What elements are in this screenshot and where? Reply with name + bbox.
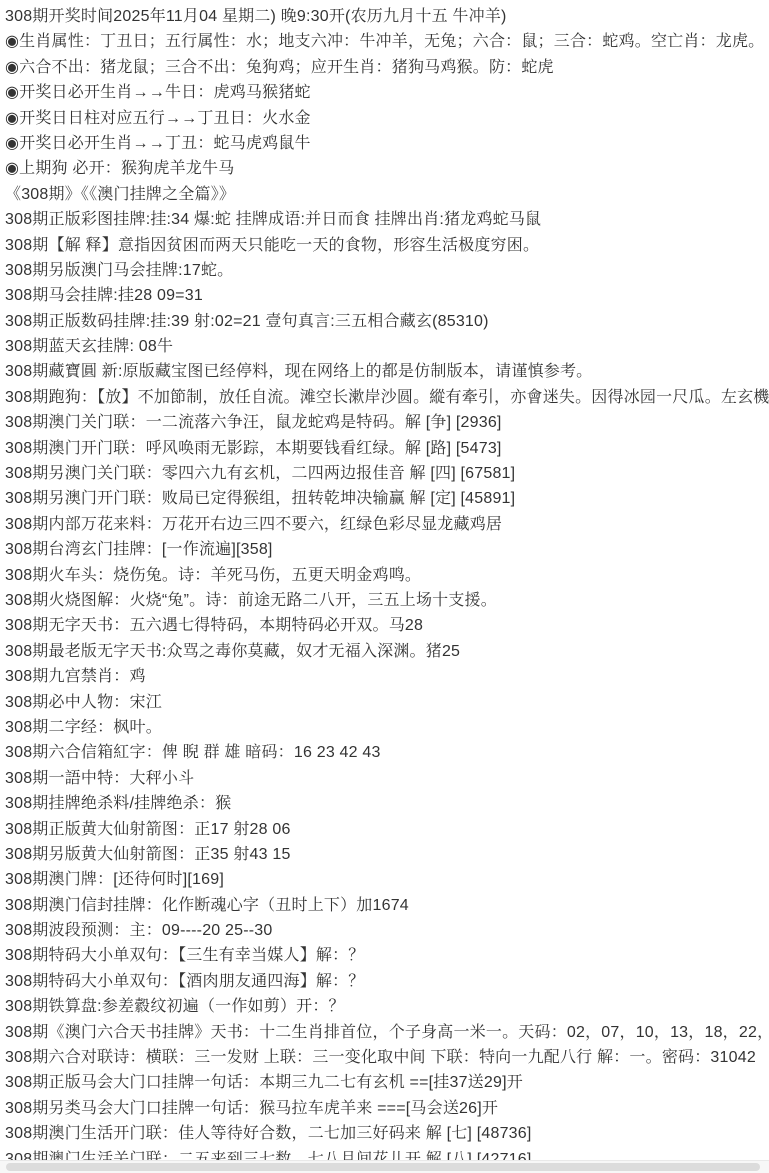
text-line: ◉上期狗 必开：猴狗虎羊龙牛马: [5, 156, 769, 181]
text-line: 308期澳门牌：[还待何时][169]: [5, 867, 769, 892]
text-line: 308期澳门关门联：一二流落六争汪，鼠龙蛇鸡是特码。解 [争] [2936]: [5, 410, 769, 435]
lottery-text-page: 308期开奖时间2025年11月04 星期二) 晚9:30开(农历九月十五 牛冲…: [0, 0, 769, 1172]
text-line: 308期挂牌绝杀料/挂牌绝杀：猴: [5, 791, 769, 816]
text-line: 308期另澳门关门联：零四六九有玄机，二四两边报佳音 解 [四] [67581]: [5, 461, 769, 486]
horizontal-scrollbar[interactable]: [0, 1160, 769, 1173]
text-line: 308期《澳门六合天书挂牌》天书：十二生肖排首位，个子身高一米一。天码：02，0…: [5, 1020, 769, 1045]
text-line: 308期马会挂牌:挂28 09=31: [5, 283, 769, 308]
text-line: ◉开奖日日柱对应五行→→丁丑日：火水金: [5, 106, 769, 131]
text-line: 308期最老版无字天书:众骂之毒你莫藏，奴才无福入深渊。猪25: [5, 639, 769, 664]
text-line: 308期澳门生活开门联：佳人等待好合数，二七加三好码来 解 [七] [48736…: [5, 1121, 769, 1146]
text-line: 308期六合对联诗：横联：三一发财 上联：三一变化取中间 下联：特向一九配八行 …: [5, 1045, 769, 1070]
text-line: 308期【解 释】意指因贫困而两天只能吃一天的食物，形容生活极度穷困。: [5, 233, 769, 258]
text-line: 308期台湾玄门挂牌：[一作流遍][358]: [5, 537, 769, 562]
text-line: 308期九宫禁肖：鸡: [5, 664, 769, 689]
text-line: 308期藏寶圓 新:原版藏宝图已经停料，现在网络上的都是仿制版本，请谨慎参考。: [5, 359, 769, 384]
text-line: 308期另版澳门马会挂牌:17蛇。: [5, 258, 769, 283]
text-line: 308期跑狗：【放】不加節制，放任自流。滩空长漱岸沙圆。縱有牽引，亦會迷失。因得…: [5, 385, 769, 410]
text-line: 308期蓝天玄挂牌: 08牛: [5, 334, 769, 359]
text-line: 308期二字经：枫叶。: [5, 715, 769, 740]
text-line: 308期特码大小单双句：【酒肉朋友通四海】解：？: [5, 969, 769, 994]
text-line: ◉六合不出：猪龙鼠；三合不出：兔狗鸡；应开生肖：猪狗马鸡猴。防：蛇虎: [5, 55, 769, 80]
text-line: ◉开奖日必开生肖→→牛日：虎鸡马猴猪蛇: [5, 80, 769, 105]
text-line: 308期内部万花来料：万花开右边三四不要六，红绿色彩尽显龙藏鸡居: [5, 512, 769, 537]
text-line: 308期正版黄大仙射箭图：正17 射28 06: [5, 817, 769, 842]
text-line: 308期火烧图解：火烧“兔”。诗：前途无路二八开，三五上场十支援。: [5, 588, 769, 613]
text-line: 308期火车头：烧伤兔。诗：羊死马伤，五更天明金鸡鸣。: [5, 563, 769, 588]
text-line: 308期正版马会大门口挂牌一句话：本期三九二七有玄机 ==[挂37送29]开: [5, 1070, 769, 1095]
text-line: 308期波段预测：主：09----20 25--30: [5, 918, 769, 943]
text-line: 308期正版彩图挂牌:挂:34 爆:蛇 挂牌成语:并日而食 挂牌出肖:猪龙鸡蛇马…: [5, 207, 769, 232]
text-line: 308期特码大小单双句：【三生有幸当媒人】解：？: [5, 943, 769, 968]
text-line: 308期正版数码挂牌:挂:39 射:02=21 壹句真言:三五相合藏玄(8531…: [5, 309, 769, 334]
text-line: 308期六合信箱紅字：俾 睨 群 雄 暗码：16 23 42 43: [5, 740, 769, 765]
text-line: 308期开奖时间2025年11月04 星期二) 晚9:30开(农历九月十五 牛冲…: [5, 4, 769, 29]
scrollbar-thumb[interactable]: [6, 1163, 760, 1171]
text-line: 308期另版黄大仙射箭图：正35 射43 15: [5, 842, 769, 867]
text-line: 308期澳门信封挂牌：化作断魂心字（丑时上下）加1674: [5, 893, 769, 918]
text-line: ◉开奖日必开生肖→→丁丑：蛇马虎鸡鼠牛: [5, 131, 769, 156]
text-line: 308期一語中特：大秤小斗: [5, 766, 769, 791]
text-line: ◉生肖属性：丁丑日；五行属性：水；地支六冲：牛冲羊，无兔；六合：鼠；三合：蛇鸡。…: [5, 29, 769, 54]
text-line: 《308期》《《澳门挂牌之全篇》》: [5, 182, 769, 207]
text-line: 308期澳门开门联：呼风唤雨无影踪，本期要钱看红绿。解 [路] [5473]: [5, 436, 769, 461]
text-line: 308期另类马会大门口挂牌一句话：猴马拉车虎羊来 ===[马会送26]开: [5, 1096, 769, 1121]
text-line: 308期必中人物：宋江: [5, 690, 769, 715]
text-line: 308期另澳门开门联：败局已定得猴组，扭转乾坤决输赢 解 [定] [45891]: [5, 486, 769, 511]
text-line: 308期铁算盘:参差縠纹初遍（一作如剪）开：？: [5, 994, 769, 1019]
text-line: 308期无字天书：五六遇七得特码，本期特码必开双。马28: [5, 613, 769, 638]
